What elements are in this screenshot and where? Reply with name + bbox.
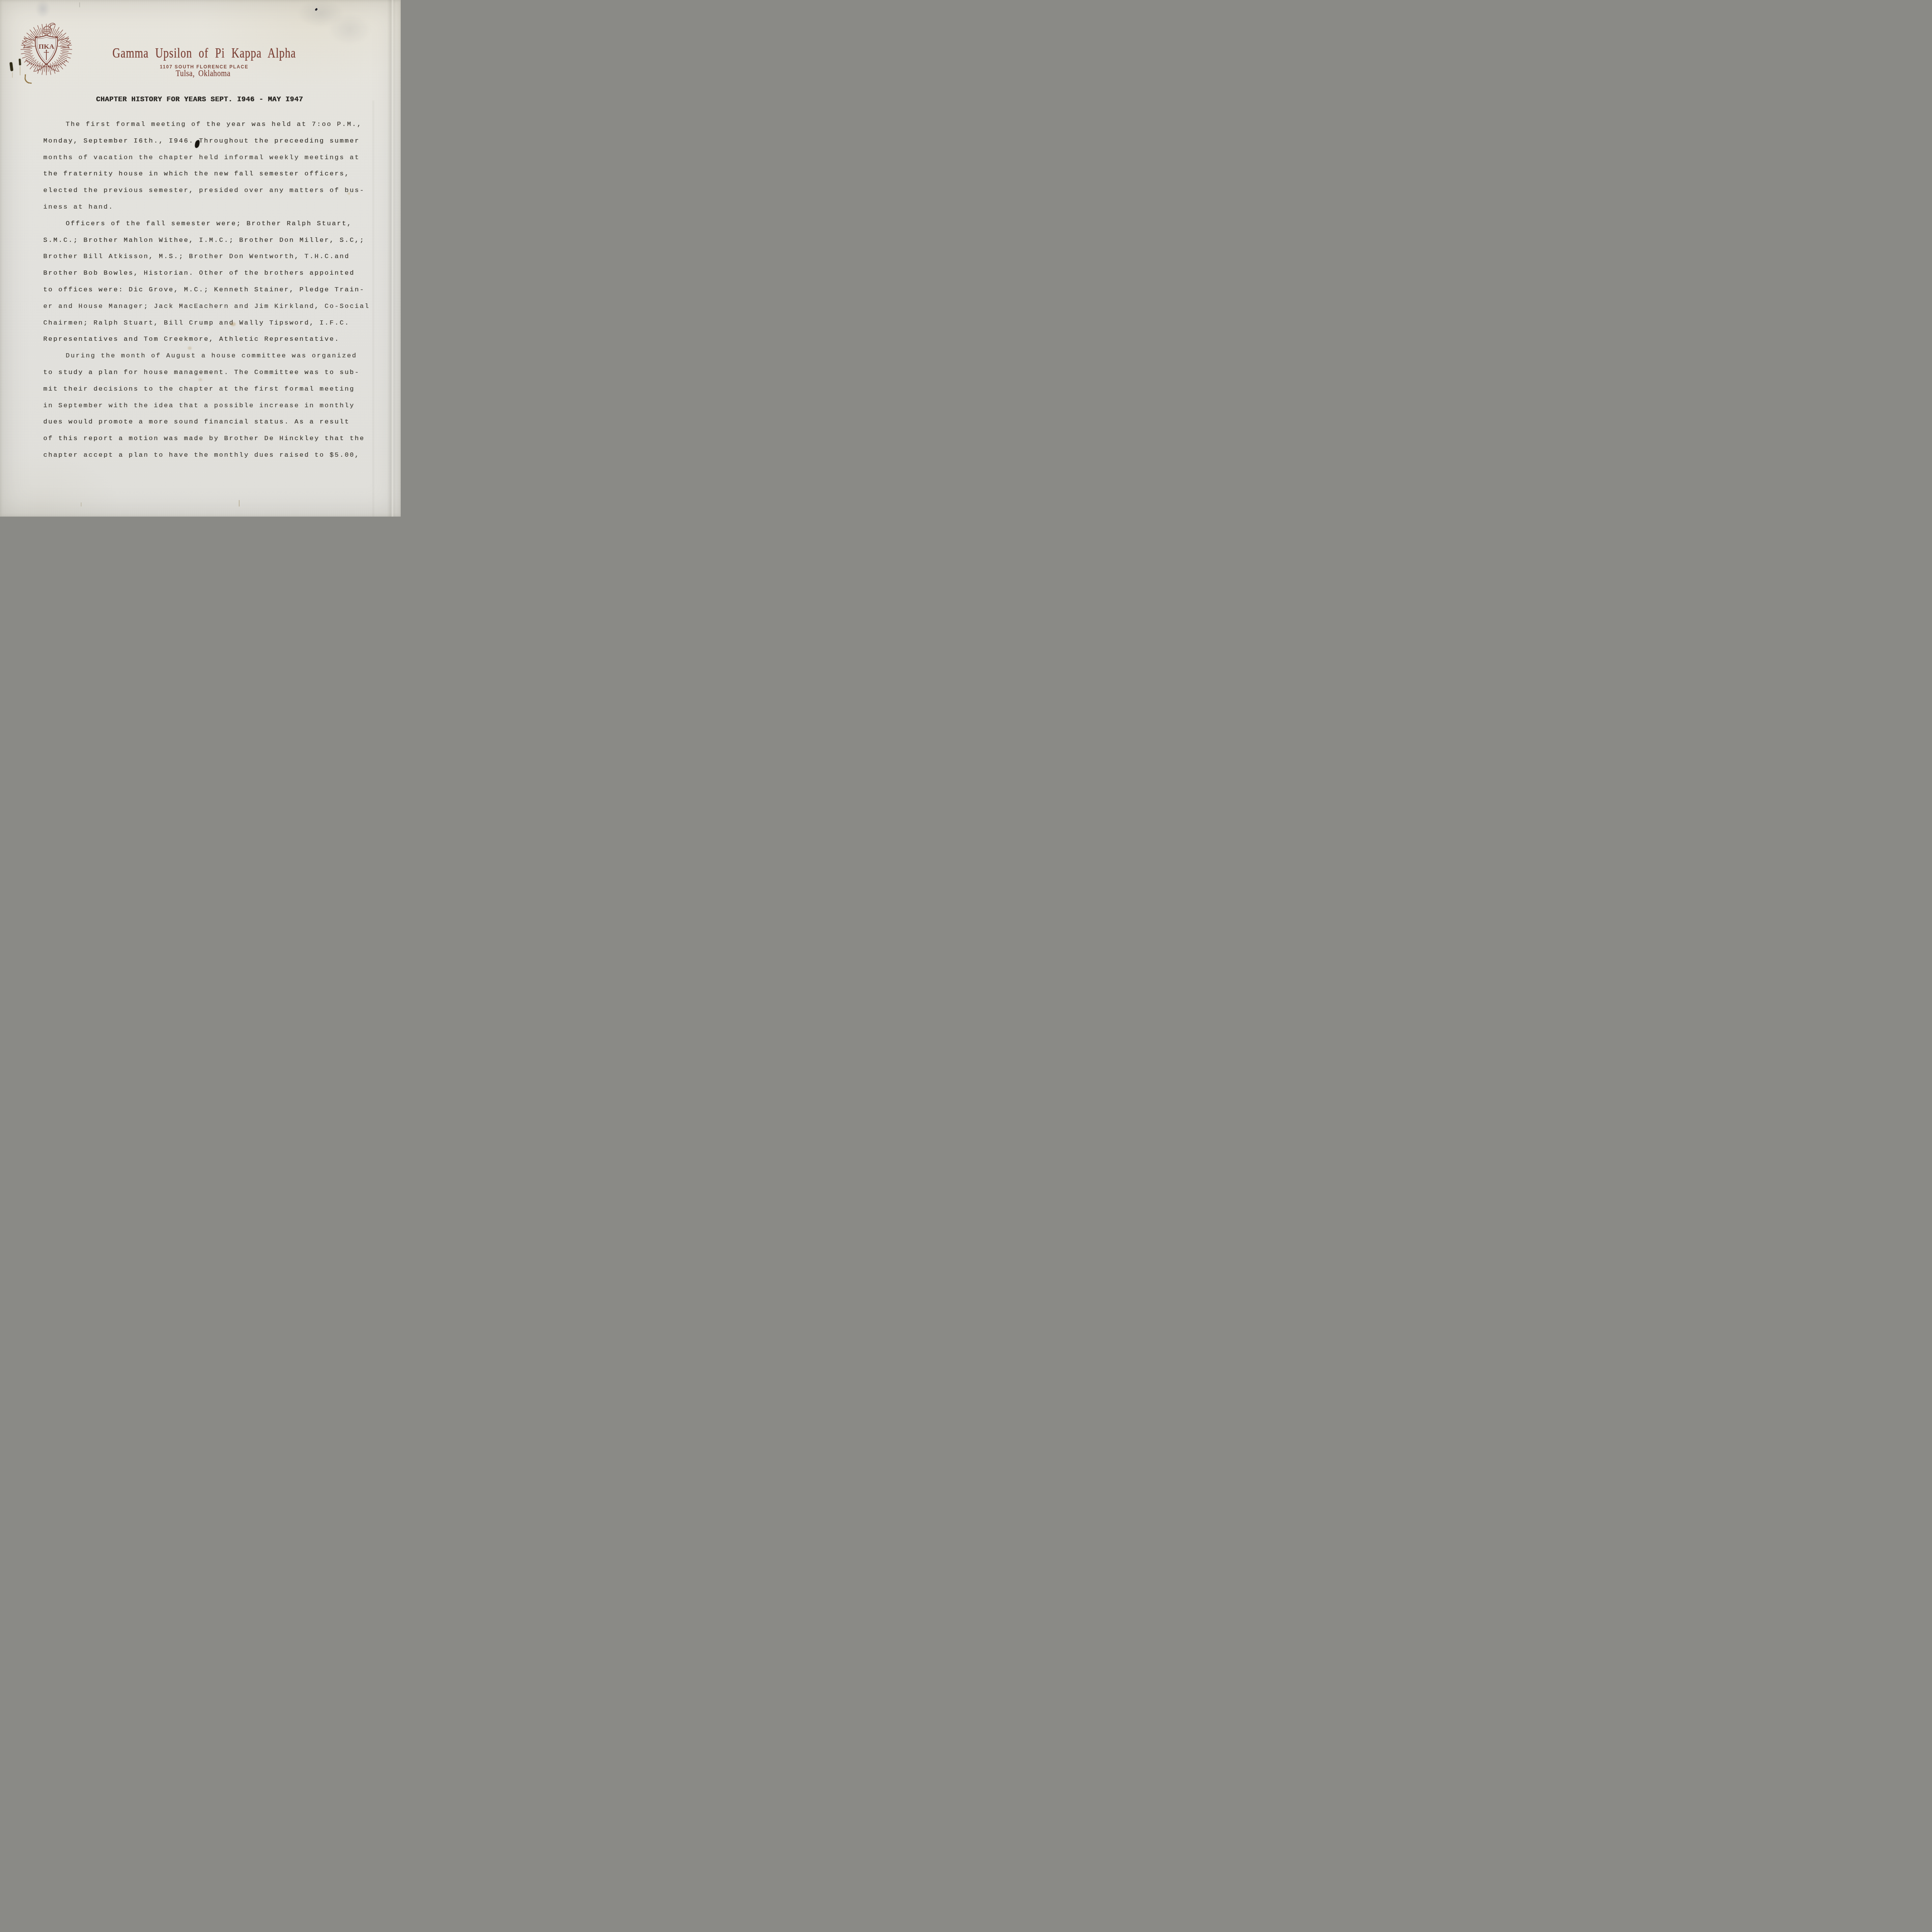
typed-line: to study a plan for house management. Th…: [43, 365, 391, 381]
typed-line: in September with the idea that a possib…: [43, 398, 391, 415]
letterhead-org-name: Gamma Upsilon of Pi Kappa Alpha: [8, 46, 401, 62]
typed-line: Officers of the fall semester were; Brot…: [43, 216, 391, 233]
typed-line: mit their decisions to the chapter at th…: [43, 381, 391, 398]
fiber-stain: [79, 2, 80, 7]
ink-dot: [315, 8, 318, 11]
typed-line: dues would promote a more sound financia…: [43, 414, 391, 431]
scanned-letter-page: ΠΚΑ Gamma Upsilon o: [0, 0, 401, 517]
typed-line: months of vacation the chapter held info…: [43, 150, 391, 167]
typed-line: The first formal meeting of the year was…: [43, 117, 391, 133]
typed-line: the fraternity house in which the new fa…: [43, 166, 391, 183]
graphite-smudge: [298, 0, 344, 27]
typed-line: S.M.C.; Brother Mahlon Withee, I.M.C.; B…: [43, 233, 391, 249]
typed-body: The first formal meeting of the year was…: [43, 117, 391, 464]
document-title: CHAPTER HISTORY FOR YEARS SEPT. I946 - M…: [0, 96, 399, 104]
typed-line: elected the previous semester, presided …: [43, 183, 391, 199]
graphite-smudge: [328, 14, 371, 45]
typed-line: Chairmen; Ralph Stuart, Bill Crump and W…: [43, 315, 391, 332]
typed-line: iness at hand.: [43, 199, 391, 216]
typed-line: er and House Manager; Jack MacEachern an…: [43, 299, 391, 315]
typed-line: chapter accept a plan to have the monthl…: [43, 447, 391, 464]
typed-line: to offices were: Dic Grove, M.C.; Kennet…: [43, 282, 391, 299]
fiber-stain: [239, 500, 240, 507]
fiber-stain: [81, 502, 82, 507]
letterhead-city: Tulsa, Oklahoma: [5, 68, 401, 79]
typed-line: Brother Bill Atkisson, M.S.; Brother Don…: [43, 249, 391, 265]
typed-line: Brother Bob Bowles, Historian. Other of …: [43, 265, 391, 282]
ink-bleed-smudge: [36, 0, 50, 18]
typed-line: Representatives and Tom Creekmore, Athle…: [43, 332, 391, 348]
typed-line: Monday, September I6th., I946. Throughou…: [43, 133, 391, 150]
typed-line: of this report a motion was made by Brot…: [43, 431, 391, 447]
typed-line: During the month of August a house commi…: [43, 348, 391, 365]
